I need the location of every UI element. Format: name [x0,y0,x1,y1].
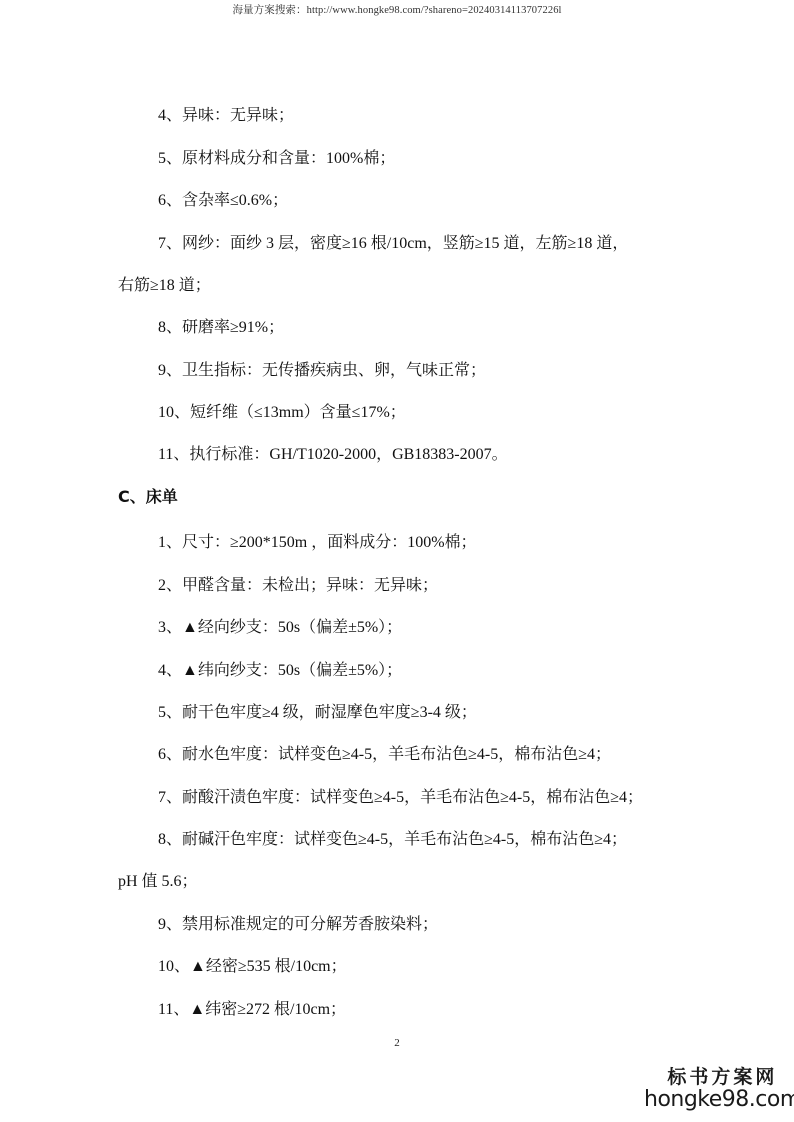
list-item: 3、▲经向纱支：50s（偏差±5%）； [158,618,402,638]
list-item: 11、▲纬密≥272 根/10cm； [158,1000,346,1020]
list-item: 9、卫生指标：无传播疾病虫、卵，气味正常； [158,361,486,381]
list-item: 10、短纤维（≤13mm）含量≤17%； [158,403,406,423]
list-item: 6、含杂率≤0.6%； [158,191,288,211]
list-item: 2、甲醛含量：未检出；异味：无异味； [158,576,438,596]
list-item: 9、禁用标准规定的可分解芳香胺染料； [158,915,438,935]
watermark-cn: 标书方案网 [644,1066,794,1088]
list-item: 11、执行标准：GH/T1020-2000，GB18383-2007。 [158,445,508,465]
list-item: 5、原材料成分和含量：100%棉； [158,149,395,169]
list-item: 10、▲经密≥535 根/10cm； [158,957,347,977]
watermark-en: hongke98.com [644,1088,794,1112]
list-item: 1、尺寸：≥200*150m ，面料成分：100%棉； [158,533,477,553]
page-number: 2 [0,1037,794,1049]
list-item: 8、耐碱汗色牢度：试样变色≥4-5，羊毛布沾色≥4-5，棉布沾色≥4； [158,830,627,850]
watermark-logo: 标书方案网 hongke98.com [644,1066,794,1112]
list-item-continuation: 右筋≥18 道； [118,276,211,296]
list-item-continuation: pH 值 5.6； [118,872,198,892]
section-heading: C、床单 [118,487,178,507]
list-item: 6、耐水色牢度：试样变色≥4-5，羊毛布沾色≥4-5，棉布沾色≥4； [158,745,611,765]
list-item: 4、异味：无异味； [158,106,294,126]
list-item: 4、▲纬向纱支：50s（偏差±5%）； [158,661,402,681]
list-item: 5、耐干色牢度≥4 级，耐湿摩色牢度≥3-4 级； [158,703,477,723]
list-item: 7、网纱：面纱 3 层，密度≥16 根/10cm，竖筋≥15 道，左筋≥18 道… [158,234,628,254]
page-header-url: 海量方案搜索：http://www.hongke98.com/?shareno=… [0,2,794,17]
list-item: 7、耐酸汗渍色牢度：试样变色≥4-5，羊毛布沾色≥4-5，棉布沾色≥4； [158,788,643,808]
list-item: 8、研磨率≥91%； [158,318,284,338]
